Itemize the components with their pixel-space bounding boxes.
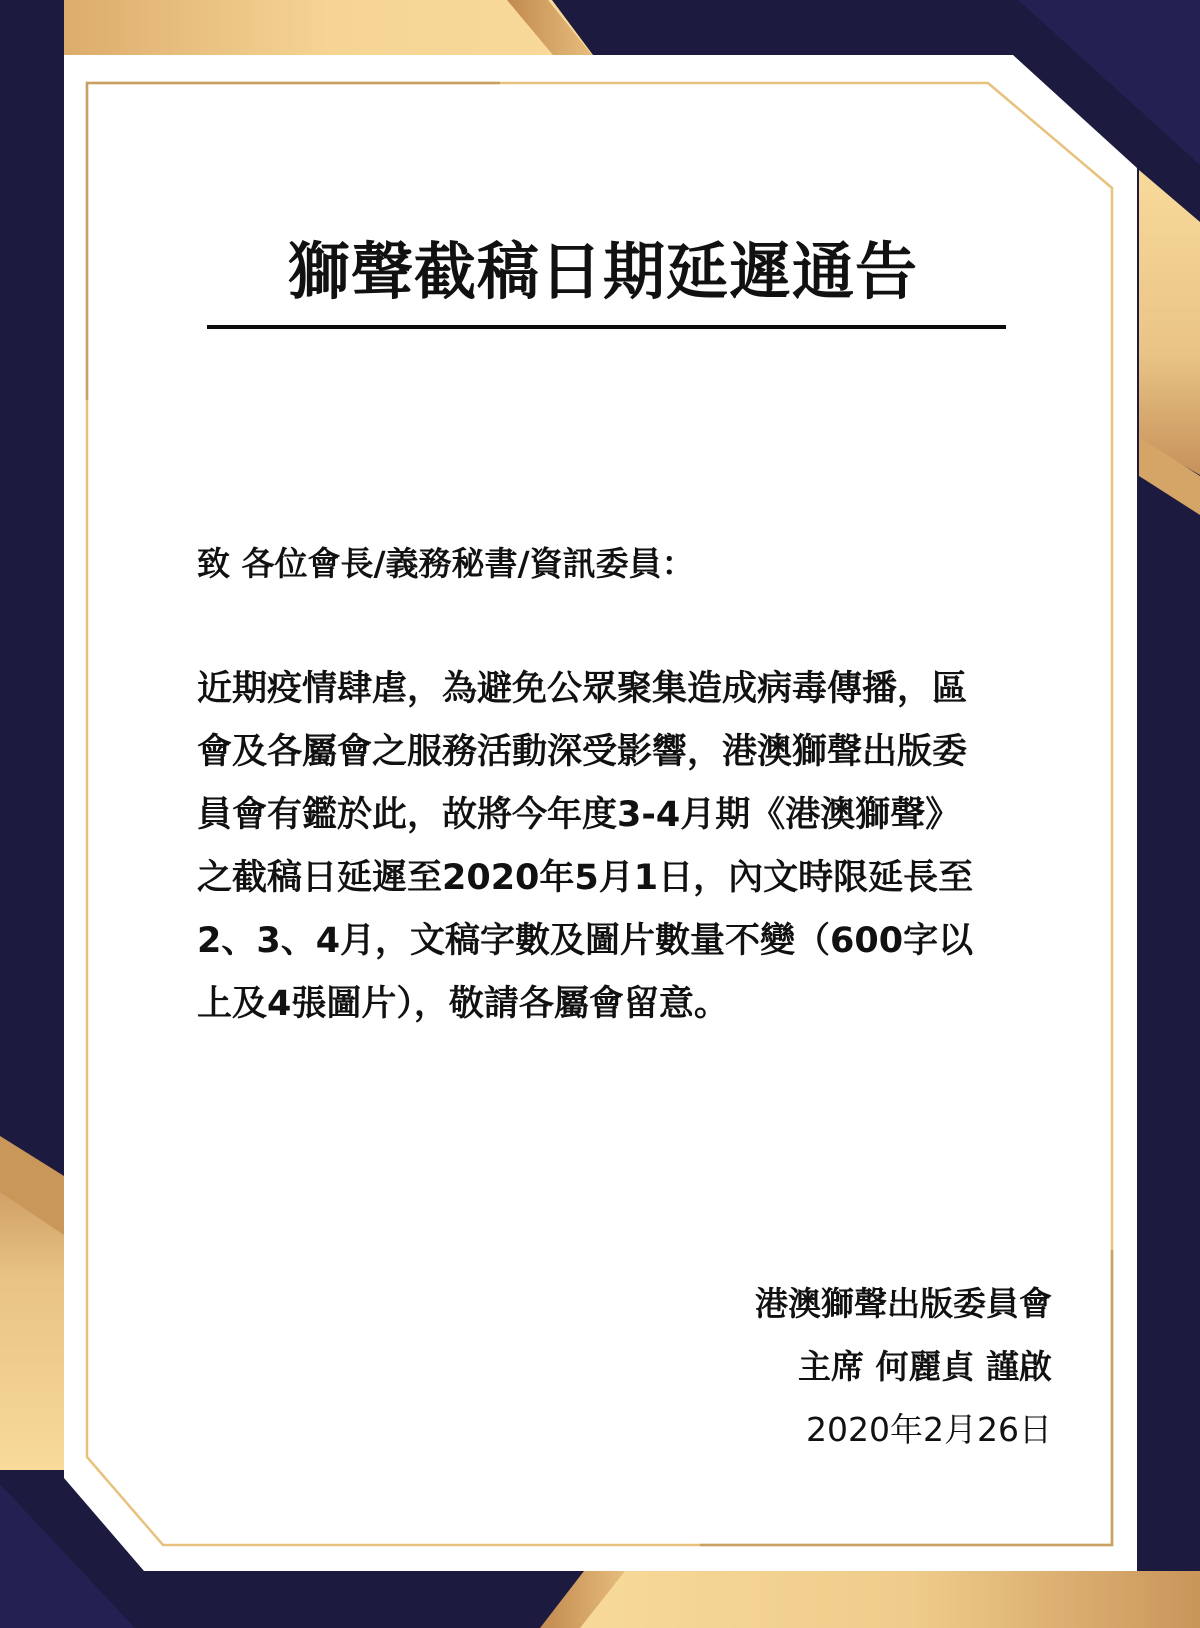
body-line: 之截稿日延遲至2020年5月1日，內文時限延長至 [197,847,1017,910]
body-line: 上及4張圖片），敬請各屬會留意。 [197,973,1017,1036]
signature-organization: 港澳獅聲出版委員會 [755,1272,1052,1335]
signature-block: 港澳獅聲出版委員會 主席 何麗貞 謹啟 2020年2月26日 [755,1272,1052,1461]
body-line: 2、3、4月，文稿字數及圖片數量不變（600字以 [197,910,1017,973]
signature-signer: 主席 何麗貞 謹啟 [755,1335,1052,1398]
notice-body: 近期疫情肆虐，為避免公眾聚集造成病毒傳播，區 會及各屬會之服務活動深受影響，港澳… [197,658,1017,1036]
salutation: 致 各位會長/義務秘書/資訊委員： [197,540,695,588]
notice-document: 獅聲截稿日期延遲通告 致 各位會長/義務秘書/資訊委員： 近期疫情肆虐，為避免公… [0,0,1200,1628]
notice-title: 獅聲截稿日期延遲通告 [200,232,1006,312]
signature-date: 2020年2月26日 [755,1398,1052,1461]
body-line: 員會有鑑於此，故將今年度3-4月期《港澳獅聲》 [197,784,1017,847]
body-line: 會及各屬會之服務活動深受影響，港澳獅聲出版委 [197,721,1017,784]
title-underline-divider [207,325,1006,329]
body-line: 近期疫情肆虐，為避免公眾聚集造成病毒傳播，區 [197,658,1017,721]
